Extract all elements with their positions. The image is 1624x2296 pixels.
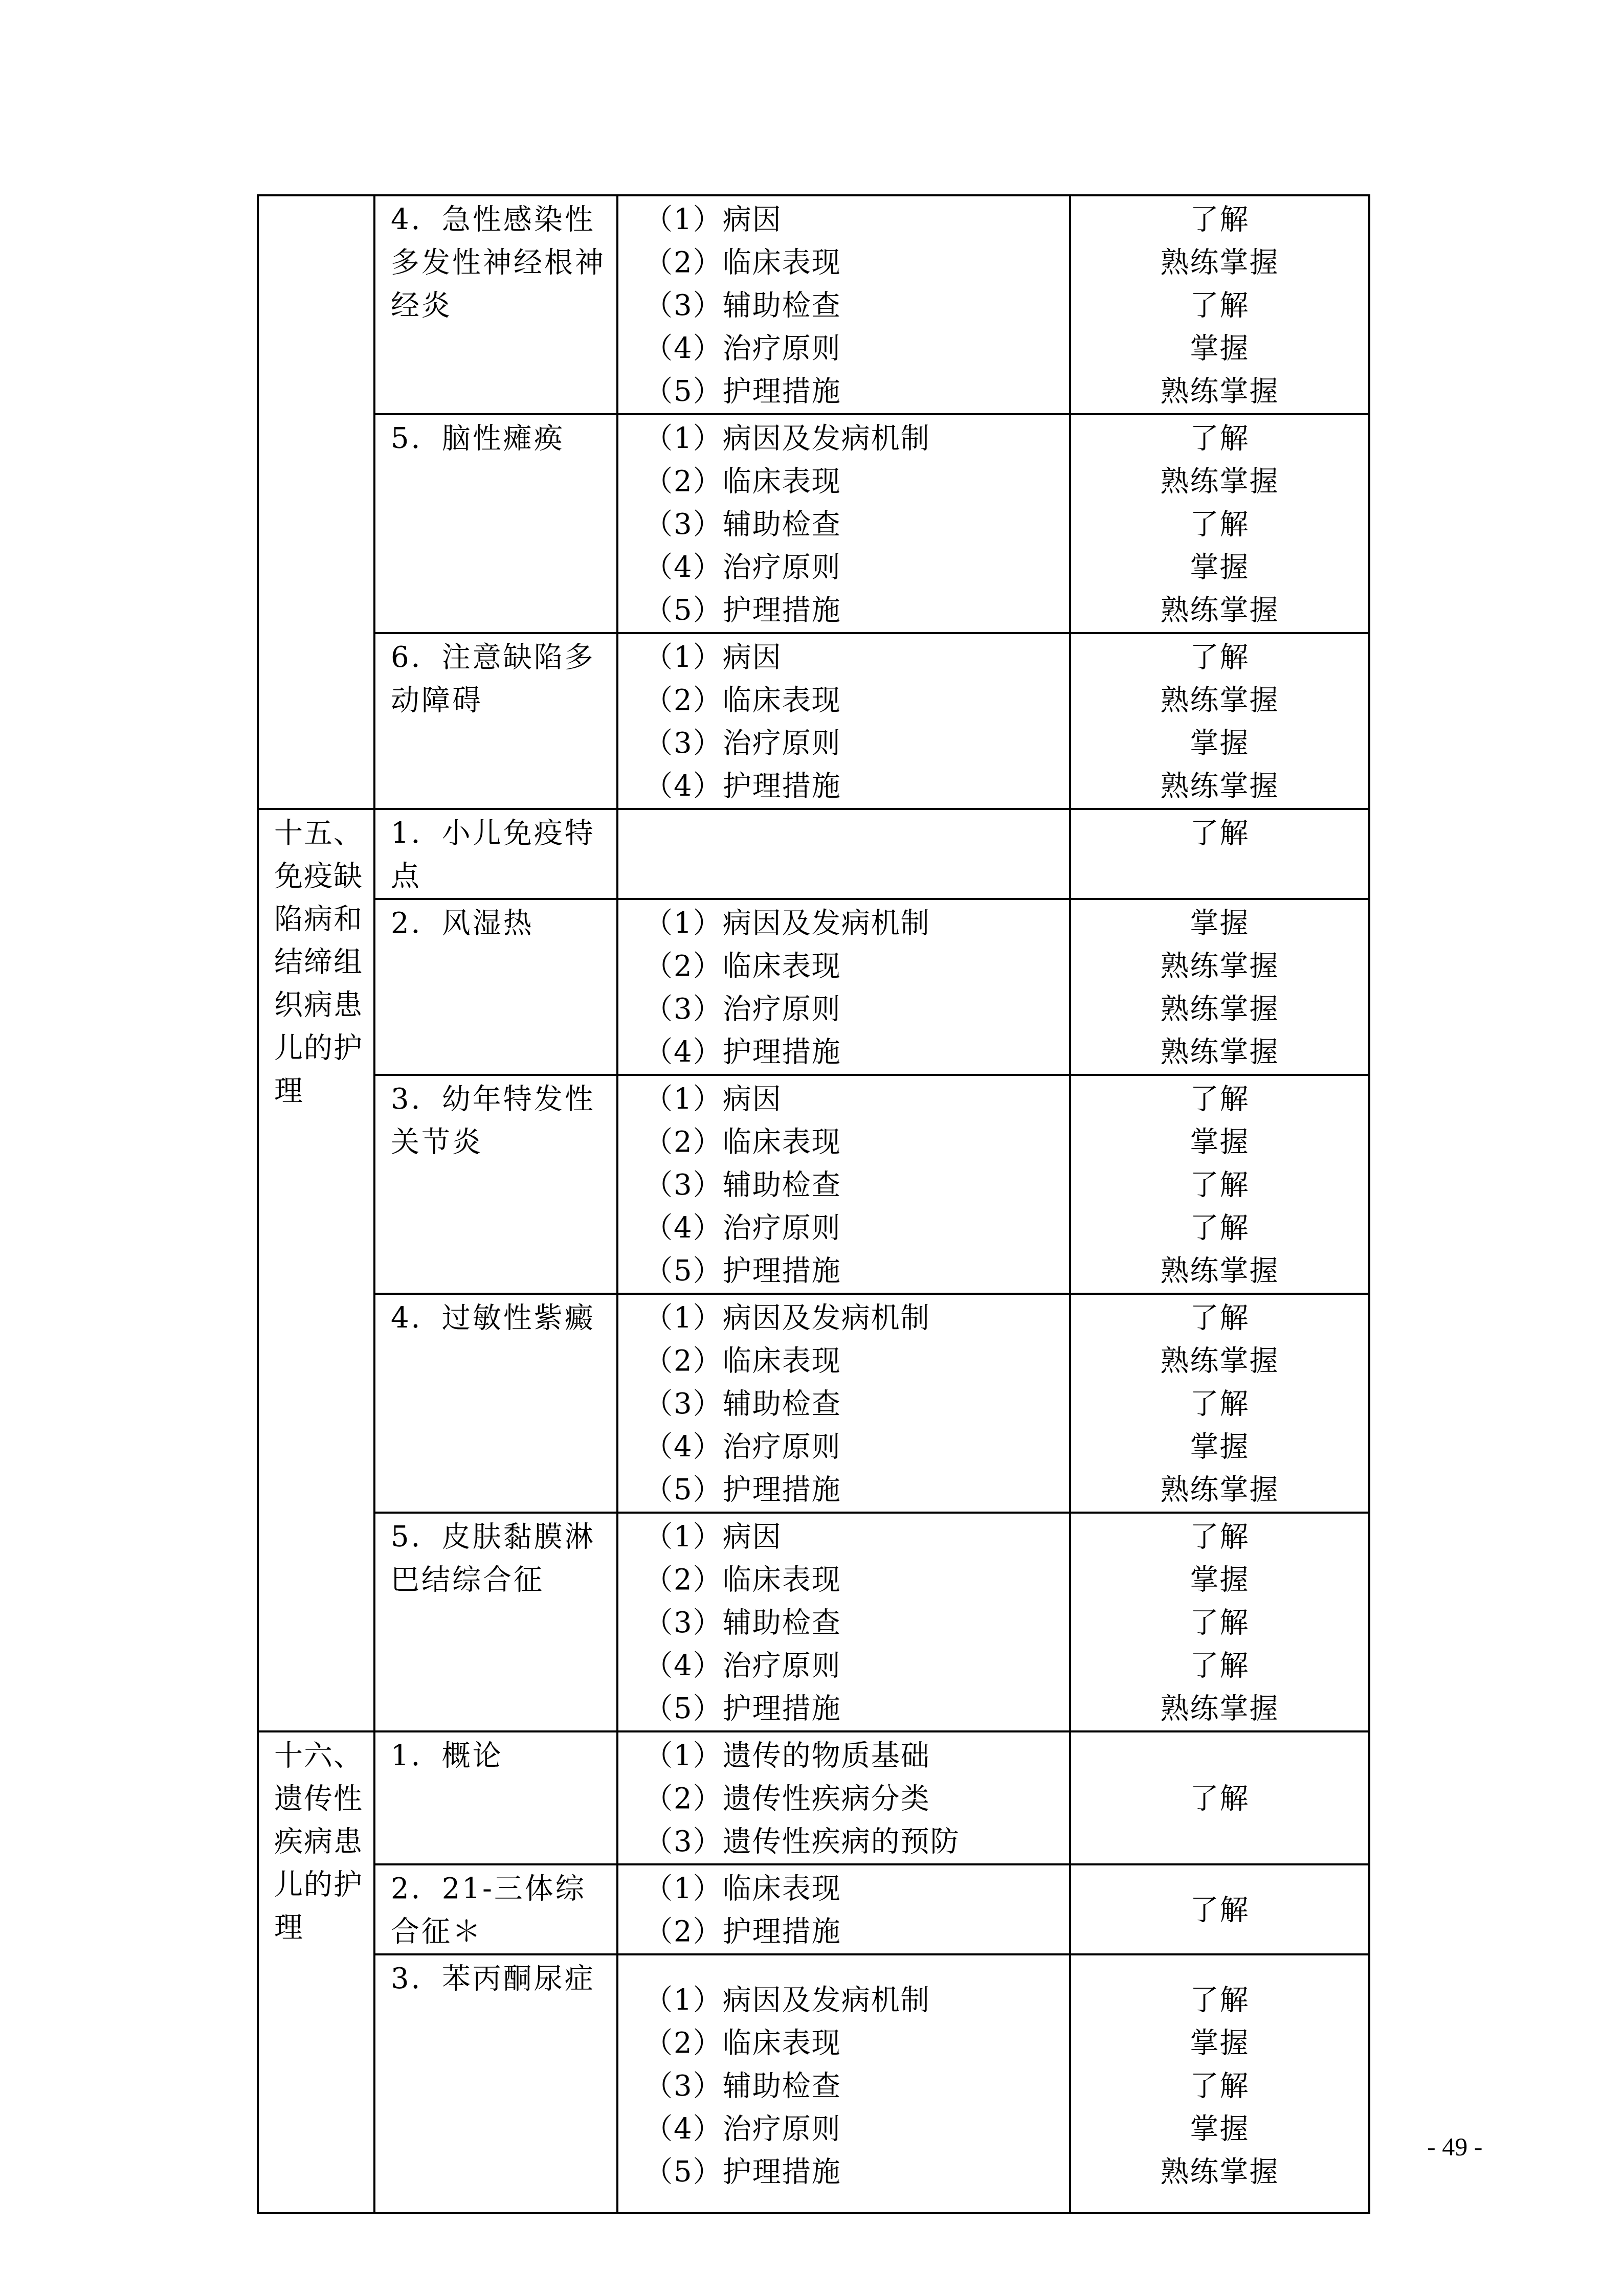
topic-title: 5．皮肤黏膜淋巴结综合征 [391, 1516, 607, 1602]
subtopics-cell: （1）病因及发病机制 （2）临床表现 （3）辅助检查 （4）治疗原则 （5）护理… [617, 1954, 1070, 2213]
chapter-title-line: 免疫缺 [274, 855, 373, 898]
table-row: 十五、 免疫缺 陷病和 结缔组 织病患 儿的护 理 1．小儿免疫特点 了解 [258, 809, 1369, 899]
subtopic-label: （1）临床表现 [644, 1867, 1069, 1910]
subtopic-label: （1）病因及发病机制 [644, 1297, 1069, 1340]
mastery-level: 了解 [1071, 1207, 1368, 1250]
topic-title: 3．幼年特发性关节炎 [391, 1078, 607, 1164]
subtopic-label: （3）辅助检查 [644, 2065, 1069, 2108]
mastery-level: 熟练掌握 [1071, 765, 1368, 808]
mastery-level: 熟练掌握 [1071, 1469, 1368, 1512]
topic-title: 2．21-三体综合征＊ [391, 1867, 607, 1953]
chapter-cell: 十六、 遗传性 疾病患 儿的护 理 [258, 1731, 374, 2213]
mastery-level: 了解 [1071, 636, 1368, 679]
level-cell: 了解 掌握 了解 了解 熟练掌握 [1070, 1513, 1369, 1731]
topic-cell: 1．小儿免疫特点 [374, 809, 617, 899]
mastery-level: 了解 [1071, 503, 1368, 546]
mastery-level: 了解 [1071, 284, 1368, 327]
subtopic-label: （1）遗传的物质基础 [644, 1735, 1069, 1777]
subtopic-label: （1）病因 [644, 1078, 1069, 1121]
subtopics-cell: （1）病因 （2）临床表现 （3）辅助检查 （4）治疗原则 （5）护理措施 [617, 1075, 1070, 1294]
topic-title: 4．急性感染性多发性神经根神经炎 [391, 198, 607, 327]
mastery-level: 了解 [1071, 812, 1368, 855]
topic-cell: 2．21-三体综合征＊ [374, 1864, 617, 1954]
chapter-title-line: 陷病和 [274, 898, 373, 941]
subtopic-label: （2）护理措施 [644, 1910, 1069, 1953]
level-cell: 了解 掌握 了解 掌握 熟练掌握 [1070, 1954, 1369, 2213]
subtopic-label: （1）病因 [644, 1516, 1069, 1559]
topic-cell: 2．风湿热 [374, 899, 617, 1075]
subtopics-cell: （1）病因 （2）临床表现 （3）辅助检查 （4）治疗原则 （5）护理措施 [617, 1513, 1070, 1731]
topic-cell: 5．皮肤黏膜淋巴结综合征 [374, 1513, 617, 1731]
subtopic-label: （3）辅助检查 [644, 503, 1069, 546]
topic-title: 4．过敏性紫癜 [391, 1297, 607, 1340]
subtopics-cell: （1）病因及发病机制 （2）临床表现 （3）治疗原则 （4）护理措施 [617, 899, 1070, 1075]
topic-title: 2．风湿热 [391, 902, 607, 945]
subtopic-label: （3）辅助检查 [644, 1383, 1069, 1426]
topic-title: 5．脑性瘫痪 [391, 417, 607, 460]
subtopic-label: （2）临床表现 [644, 679, 1069, 722]
subtopic-label: （4）治疗原则 [644, 1207, 1069, 1250]
mastery-level: 熟练掌握 [1071, 1031, 1368, 1074]
mastery-level: 熟练掌握 [1071, 1340, 1368, 1383]
subtopic-label: （3）辅助检查 [644, 1602, 1069, 1645]
topic-cell: 4．过敏性紫癜 [374, 1294, 617, 1513]
mastery-level: 了解 [1071, 1979, 1368, 2022]
topic-cell: 6．注意缺陷多动障碍 [374, 633, 617, 809]
syllabus-table: 4．急性感染性多发性神经根神经炎 （1）病因 （2）临床表现 （3）辅助检查 （… [257, 194, 1370, 2214]
chapter-title-line: 织病患 [274, 984, 373, 1027]
subtopic-label: （2）临床表现 [644, 945, 1069, 988]
topic-cell: 4．急性感染性多发性神经根神经炎 [374, 195, 617, 414]
subtopic-label: （5）护理措施 [644, 589, 1069, 632]
mastery-level: 熟练掌握 [1071, 241, 1368, 284]
chapter-title-line: 儿的护 [274, 1027, 373, 1070]
level-cell: 了解 熟练掌握 了解 掌握 熟练掌握 [1070, 195, 1369, 414]
mastery-level: 掌握 [1071, 902, 1368, 945]
topic-cell: 5．脑性瘫痪 [374, 414, 617, 633]
topic-cell: 3．幼年特发性关节炎 [374, 1075, 617, 1294]
chapter-title-line: 理 [274, 1906, 373, 1949]
mastery-level: 了解 [1071, 1645, 1368, 1687]
mastery-level: 了解 [1071, 1889, 1368, 1932]
table-row: 5．皮肤黏膜淋巴结综合征 （1）病因 （2）临床表现 （3）辅助检查 （4）治疗… [258, 1513, 1369, 1731]
level-cell: 了解 熟练掌握 了解 掌握 熟练掌握 [1070, 414, 1369, 633]
chapter-cell [258, 195, 374, 809]
mastery-level: 熟练掌握 [1071, 589, 1368, 632]
subtopic-label: （4）治疗原则 [644, 1426, 1069, 1469]
subtopic-label: （4）治疗原则 [644, 2108, 1069, 2151]
chapter-title-line: 结缔组 [274, 941, 373, 984]
table-row: 3．苯丙酮尿症 （1）病因及发病机制 （2）临床表现 （3）辅助检查 （4）治疗… [258, 1954, 1369, 2213]
subtopic-label: （4）治疗原则 [644, 1645, 1069, 1687]
chapter-title-line: 疾病患 [274, 1820, 373, 1863]
mastery-level: 熟练掌握 [1071, 460, 1368, 503]
chapter-title-line: 理 [274, 1070, 373, 1113]
mastery-level: 了解 [1071, 1602, 1368, 1645]
mastery-level: 熟练掌握 [1071, 1250, 1368, 1293]
table-row: 6．注意缺陷多动障碍 （1）病因 （2）临床表现 （3）治疗原则 （4）护理措施… [258, 633, 1369, 809]
mastery-level: 了解 [1071, 1383, 1368, 1426]
level-cell: 了解 掌握 了解 了解 熟练掌握 [1070, 1075, 1369, 1294]
subtopic-label: （2）临床表现 [644, 1121, 1069, 1164]
chapter-cell: 十五、 免疫缺 陷病和 结缔组 织病患 儿的护 理 [258, 809, 374, 1731]
mastery-level: 掌握 [1071, 1559, 1368, 1602]
subtopic-label: （2）临床表现 [644, 1340, 1069, 1383]
level-cell: 了解 [1070, 809, 1369, 899]
subtopic-label: （1）病因及发病机制 [644, 417, 1069, 460]
mastery-level: 掌握 [1071, 2022, 1368, 2065]
subtopic-label: （3）治疗原则 [644, 722, 1069, 765]
table-row: 2．21-三体综合征＊ （1）临床表现 （2）护理措施 了解 [258, 1864, 1369, 1954]
mastery-level: 了解 [1071, 1777, 1368, 1820]
table-row: 4．过敏性紫癜 （1）病因及发病机制 （2）临床表现 （3）辅助检查 （4）治疗… [258, 1294, 1369, 1513]
subtopic-label: （1）病因 [644, 198, 1069, 241]
subtopic-label: （3）辅助检查 [644, 1164, 1069, 1207]
level-cell: 了解 熟练掌握 掌握 熟练掌握 [1070, 633, 1369, 809]
subtopic-label: （3）治疗原则 [644, 988, 1069, 1031]
subtopic-label: （1）病因 [644, 636, 1069, 679]
subtopic-label: （3）辅助检查 [644, 284, 1069, 327]
subtopics-cell: （1）病因及发病机制 （2）临床表现 （3）辅助检查 （4）治疗原则 （5）护理… [617, 414, 1070, 633]
table-row: 3．幼年特发性关节炎 （1）病因 （2）临床表现 （3）辅助检查 （4）治疗原则… [258, 1075, 1369, 1294]
mastery-level: 掌握 [1071, 327, 1368, 370]
level-cell: 了解 [1070, 1864, 1369, 1954]
mastery-level: 掌握 [1071, 2108, 1368, 2151]
level-cell: 了解 熟练掌握 了解 掌握 熟练掌握 [1070, 1294, 1369, 1513]
table-row: 4．急性感染性多发性神经根神经炎 （1）病因 （2）临床表现 （3）辅助检查 （… [258, 195, 1369, 414]
chapter-title-line: 十五、 [274, 812, 373, 855]
mastery-level: 掌握 [1071, 546, 1368, 589]
subtopic-label: （3）遗传性疾病的预防 [644, 1820, 1069, 1863]
subtopic-label: （4）治疗原则 [644, 327, 1069, 370]
subtopics-cell: （1）病因 （2）临床表现 （3）辅助检查 （4）治疗原则 （5）护理措施 [617, 195, 1070, 414]
mastery-level: 了解 [1071, 1164, 1368, 1207]
subtopic-label: （2）遗传性疾病分类 [644, 1777, 1069, 1820]
subtopic-label: （2）临床表现 [644, 460, 1069, 503]
subtopic-label: （5）护理措施 [644, 370, 1069, 413]
mastery-level: 熟练掌握 [1071, 679, 1368, 722]
mastery-level: 了解 [1071, 1078, 1368, 1121]
subtopic-label: （4）治疗原则 [644, 546, 1069, 589]
mastery-level: 了解 [1071, 198, 1368, 241]
level-cell: 掌握 熟练掌握 熟练掌握 熟练掌握 [1070, 899, 1369, 1075]
mastery-level: 了解 [1071, 1516, 1368, 1559]
mastery-level: 掌握 [1071, 1121, 1368, 1164]
subtopic-label: （5）护理措施 [644, 1469, 1069, 1512]
topic-title: 6．注意缺陷多动障碍 [391, 636, 607, 722]
mastery-level: 了解 [1071, 417, 1368, 460]
mastery-level: 掌握 [1071, 722, 1368, 765]
topic-cell: 1．概论 [374, 1731, 617, 1864]
subtopic-label: （5）护理措施 [644, 1687, 1069, 1730]
level-cell: 了解 [1070, 1731, 1369, 1864]
subtopics-cell: （1）遗传的物质基础 （2）遗传性疾病分类 （3）遗传性疾病的预防 [617, 1731, 1070, 1864]
chapter-title-line: 遗传性 [274, 1777, 373, 1820]
table-row: 2．风湿热 （1）病因及发病机制 （2）临床表现 （3）治疗原则 （4）护理措施… [258, 899, 1369, 1075]
topic-title: 1．小儿免疫特点 [391, 812, 607, 898]
subtopics-cell: （1）病因及发病机制 （2）临床表现 （3）辅助检查 （4）治疗原则 （5）护理… [617, 1294, 1070, 1513]
subtopic-label: （1）病因及发病机制 [644, 1979, 1069, 2022]
chapter-title-line: 十六、 [274, 1735, 373, 1777]
page-number: - 49 - [1427, 2131, 1482, 2162]
mastery-level: 熟练掌握 [1071, 370, 1368, 413]
subtopic-label: （1）病因及发病机制 [644, 902, 1069, 945]
chapter-title-line: 儿的护 [274, 1863, 373, 1906]
subtopic-label: （2）临床表现 [644, 1559, 1069, 1602]
mastery-level: 掌握 [1071, 1426, 1368, 1469]
subtopics-cell: （1）病因 （2）临床表现 （3）治疗原则 （4）护理措施 [617, 633, 1070, 809]
mastery-level: 熟练掌握 [1071, 2151, 1368, 2194]
table-row: 十六、 遗传性 疾病患 儿的护 理 1．概论 （1）遗传的物质基础 （2）遗传性… [258, 1731, 1369, 1864]
subtopic-label: （4）护理措施 [644, 765, 1069, 808]
subtopics-cell [617, 809, 1070, 899]
subtopic-label: （2）临床表现 [644, 241, 1069, 284]
subtopic-label: （5）护理措施 [644, 1250, 1069, 1293]
topic-title: 3．苯丙酮尿症 [391, 1957, 607, 2000]
mastery-level: 熟练掌握 [1071, 945, 1368, 988]
document-page: 4．急性感染性多发性神经根神经炎 （1）病因 （2）临床表现 （3）辅助检查 （… [0, 0, 1624, 2296]
subtopic-label: （4）护理措施 [644, 1031, 1069, 1074]
mastery-level: 了解 [1071, 2065, 1368, 2108]
subtopic-label: （5）护理措施 [644, 2151, 1069, 2194]
mastery-level: 熟练掌握 [1071, 1687, 1368, 1730]
topic-title: 1．概论 [391, 1735, 607, 1777]
mastery-level: 熟练掌握 [1071, 988, 1368, 1031]
mastery-level: 了解 [1071, 1297, 1368, 1340]
topic-cell: 3．苯丙酮尿症 [374, 1954, 617, 2213]
subtopic-label: （2）临床表现 [644, 2022, 1069, 2065]
table-row: 5．脑性瘫痪 （1）病因及发病机制 （2）临床表现 （3）辅助检查 （4）治疗原… [258, 414, 1369, 633]
subtopics-cell: （1）临床表现 （2）护理措施 [617, 1864, 1070, 1954]
